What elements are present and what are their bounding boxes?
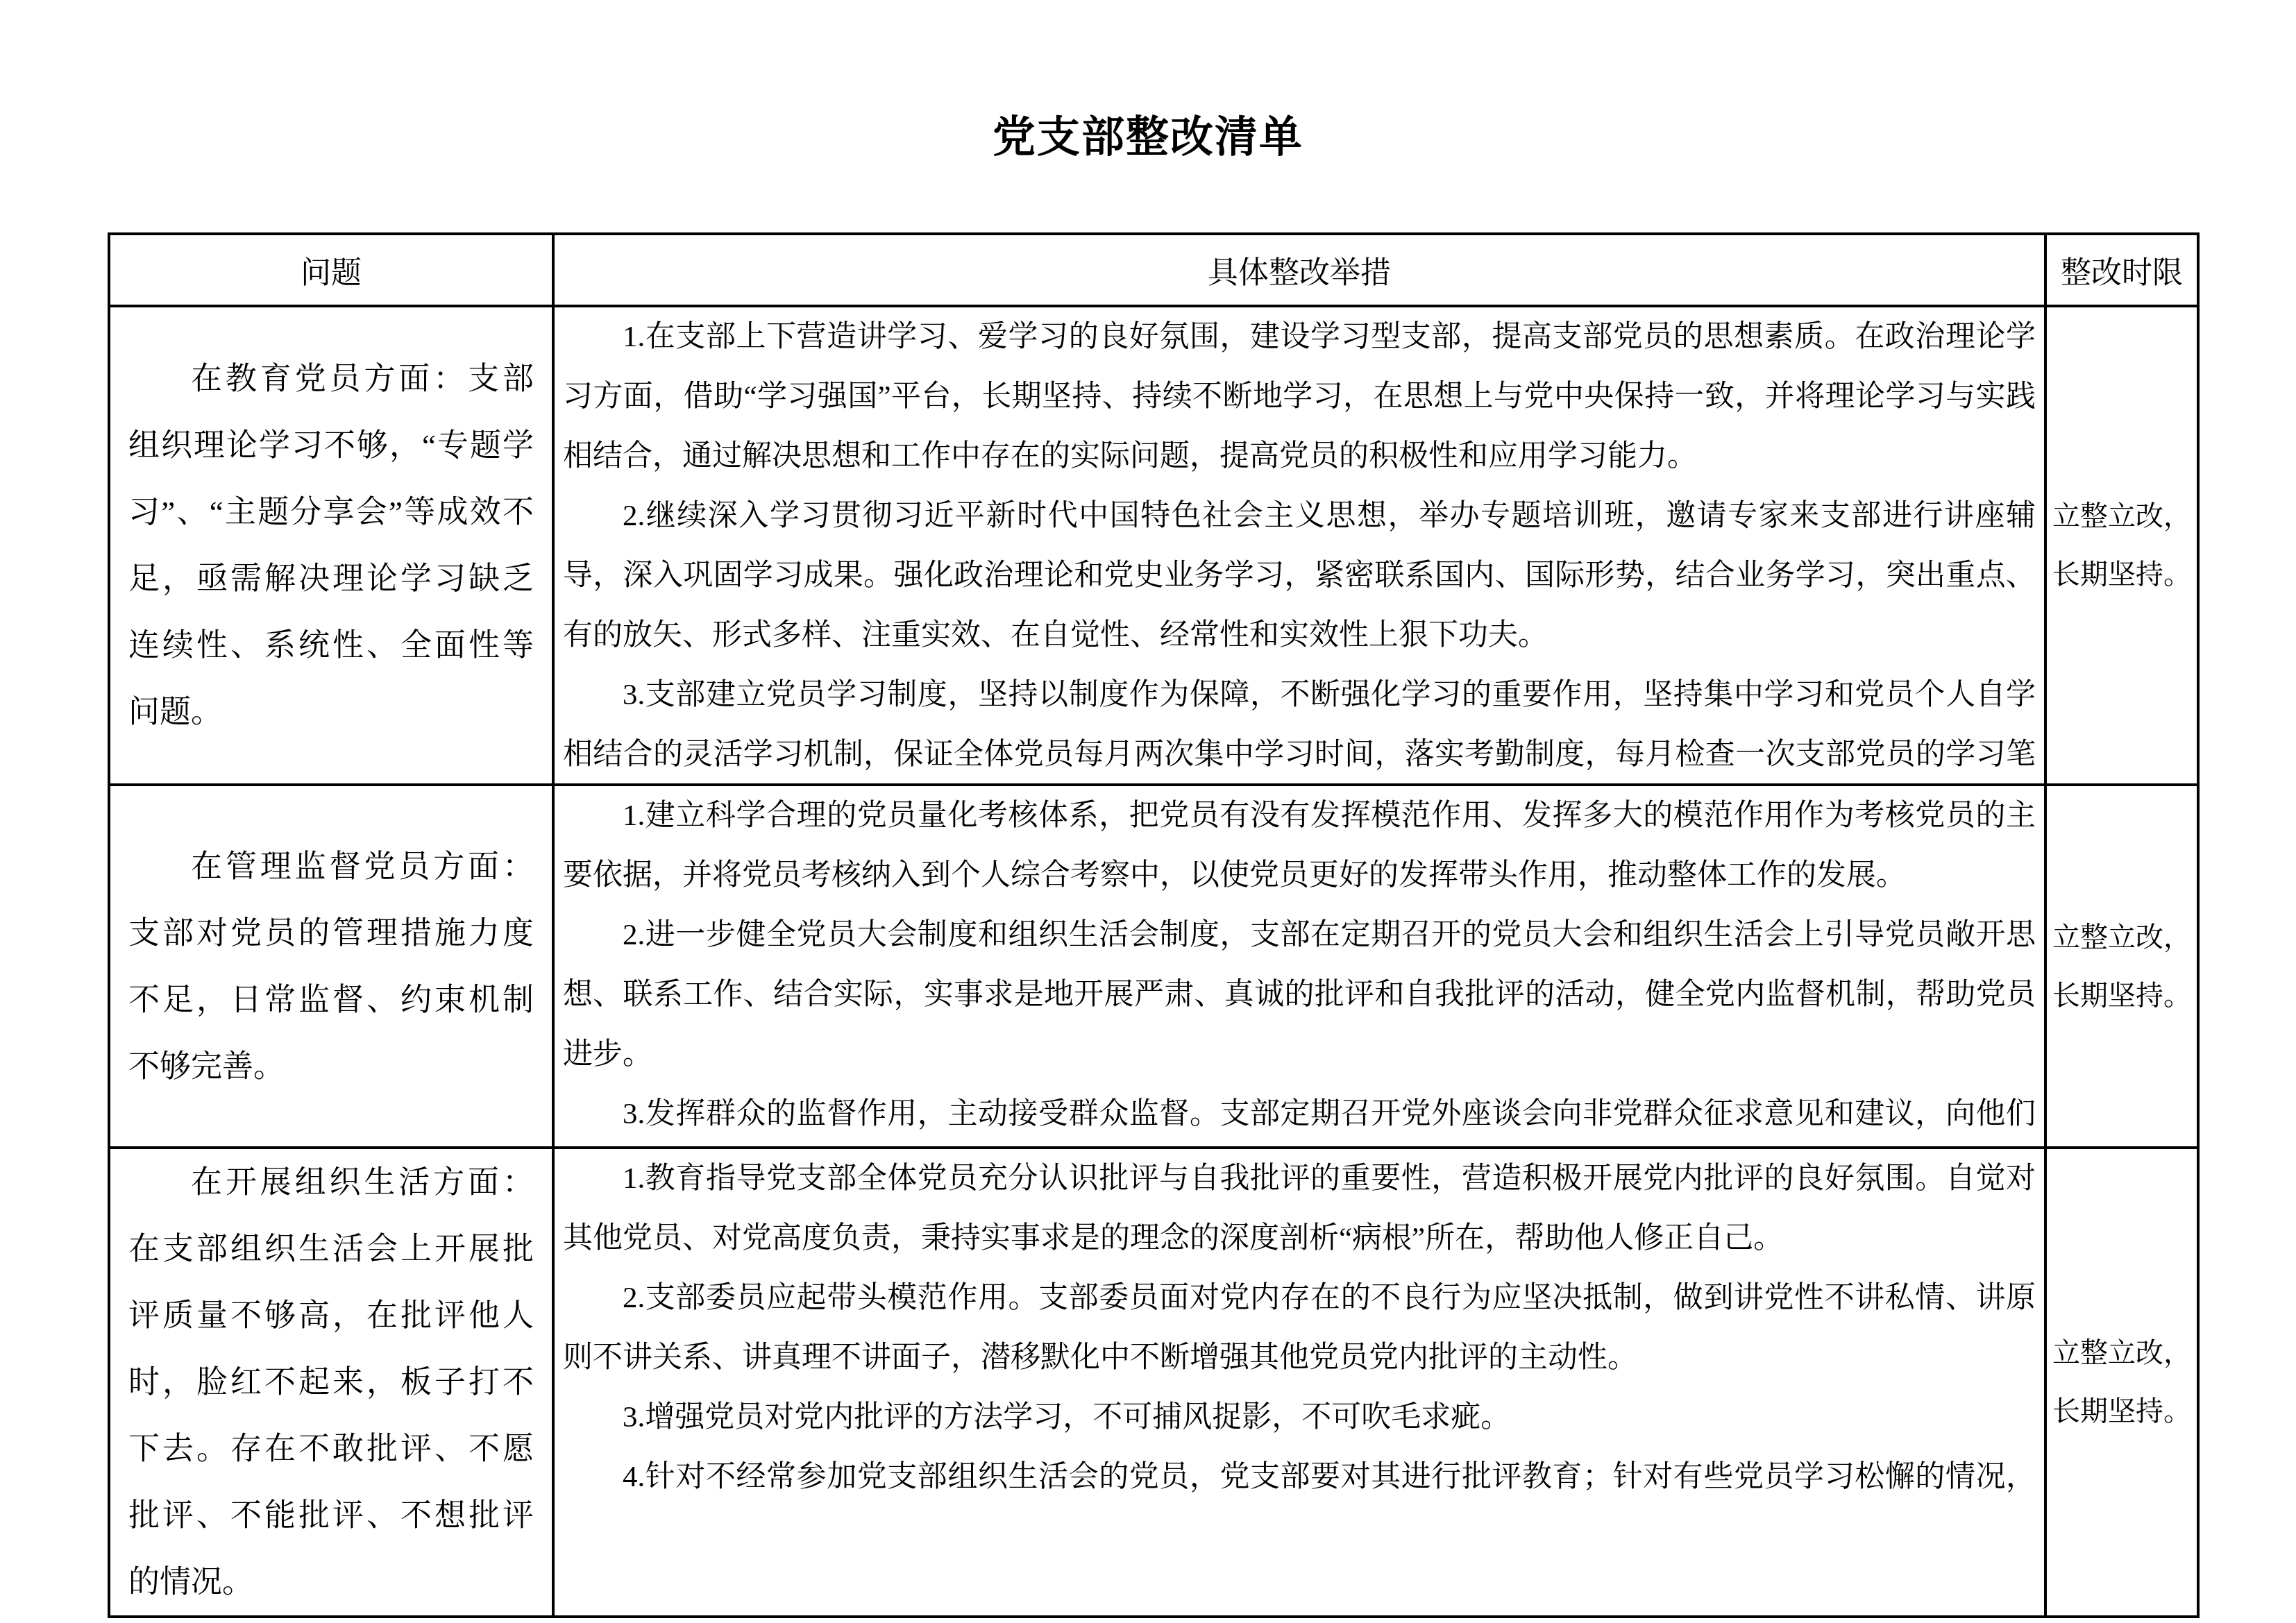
column-header-problem: 问题 bbox=[109, 234, 553, 306]
problem-text: 在开展组织生活方面：在支部组织生活会上开展批评质量不够高，在批评他人时，脸红不起… bbox=[128, 1149, 534, 1615]
measures-clip: 1.教育指导党支部全体党员充分认识批评与自我批评的重要性，营造积极开展党内批评的… bbox=[555, 1149, 2044, 1504]
measure-item: 2.支部委员应起带头模范作用。支部委员面对党内存在的不良行为应坚决抵制，做到讲党… bbox=[563, 1268, 2036, 1388]
measure-item: 2.进一步健全党员大会制度和组织生活会制度，支部在定期召开的党员大会和组织生活会… bbox=[563, 906, 2036, 1085]
deadline-cell: 立整立改，长期坚持。 bbox=[2045, 1148, 2198, 1617]
problem-text: 在教育党员方面：支部组织理论学习不够，“专题学习”、“主题分享会”等成效不足，亟… bbox=[128, 346, 534, 745]
column-header-measures: 具体整改举措 bbox=[553, 234, 2045, 306]
table-row: 在教育党员方面：支部组织理论学习不够，“专题学习”、“主题分享会”等成效不足，亟… bbox=[109, 306, 2198, 785]
column-header-deadline: 整改时限 bbox=[2045, 234, 2198, 306]
measure-item: 1.教育指导党支部全体党员充分认识批评与自我批评的重要性，营造积极开展党内批评的… bbox=[563, 1149, 2036, 1268]
document-page: 党支部整改清单 问题 具体整改举措 整改时限 在教育党员方面：支部组织理论学习不… bbox=[0, 0, 2296, 1623]
deadline-cell: 立整立改，长期坚持。 bbox=[2045, 785, 2198, 1148]
table-row: 在开展组织生活方面：在支部组织生活会上开展批评质量不够高，在批评他人时，脸红不起… bbox=[109, 1148, 2198, 1617]
measure-item: 3.增强党员对党内批评的方法学习，不可捕风捉影，不可吹毛求疵。 bbox=[563, 1388, 2036, 1447]
problem-cell: 在教育党员方面：支部组织理论学习不够，“专题学习”、“主题分享会”等成效不足，亟… bbox=[109, 306, 553, 785]
measure-item: 3.发挥群众的监督作用，主动接受群众监督。支部定期召开党外座谈会向非党群众征求意… bbox=[563, 1085, 2036, 1144]
measure-item: 2.继续深入学习贯彻习近平新时代中国特色社会主义思想，举办专题培训班，邀请专家来… bbox=[563, 486, 2036, 665]
problem-text: 在管理监督党员方面：支部对党员的管理措施力度不足，日常监督、约束机制不够完善。 bbox=[128, 833, 534, 1100]
measures-cell: 1.在支部上下营造讲学习、爱学习的良好氛围，建设学习型支部，提高支部党员的思想素… bbox=[553, 306, 2045, 785]
table-body: 在教育党员方面：支部组织理论学习不够，“专题学习”、“主题分享会”等成效不足，亟… bbox=[109, 306, 2198, 1617]
problem-cell: 在开展组织生活方面：在支部组织生活会上开展批评质量不够高，在批评他人时，脸红不起… bbox=[109, 1148, 553, 1617]
table-row: 在管理监督党员方面：支部对党员的管理措施力度不足，日常监督、约束机制不够完善。1… bbox=[109, 785, 2198, 1148]
measure-item: 4.针对不经常参加党支部组织生活会的党员，党支部要对其进行批评教育；针对有些党员… bbox=[563, 1447, 2036, 1504]
measures-cell: 1.建立科学合理的党员量化考核体系，把党员有没有发挥模范作用、发挥多大的模范作用… bbox=[553, 785, 2045, 1148]
problem-cell: 在管理监督党员方面：支部对党员的管理措施力度不足，日常监督、约束机制不够完善。 bbox=[109, 785, 553, 1148]
table-header-row: 问题 具体整改举措 整改时限 bbox=[109, 234, 2198, 306]
deadline-cell: 立整立改，长期坚持。 bbox=[2045, 306, 2198, 785]
measure-item: 1.在支部上下营造讲学习、爱学习的良好氛围，建设学习型支部，提高支部党员的思想素… bbox=[563, 307, 2036, 486]
document-title: 党支部整改清单 bbox=[0, 103, 2296, 164]
rectification-table: 问题 具体整改举措 整改时限 在教育党员方面：支部组织理论学习不够，“专题学习”… bbox=[108, 232, 2200, 1618]
measures-clip: 1.建立科学合理的党员量化考核体系，把党员有没有发挥模范作用、发挥多大的模范作用… bbox=[555, 786, 2044, 1144]
measures-cell: 1.教育指导党支部全体党员充分认识批评与自我批评的重要性，营造积极开展党内批评的… bbox=[553, 1148, 2045, 1617]
measure-item: 1.建立科学合理的党员量化考核体系，把党员有没有发挥模范作用、发挥多大的模范作用… bbox=[563, 786, 2036, 906]
measure-item: 3.支部建立党员学习制度，坚持以制度作为保障，不断强化学习的重要作用，坚持集中学… bbox=[563, 665, 2036, 781]
measures-clip: 1.在支部上下营造讲学习、爱学习的良好氛围，建设学习型支部，提高支部党员的思想素… bbox=[555, 307, 2044, 781]
